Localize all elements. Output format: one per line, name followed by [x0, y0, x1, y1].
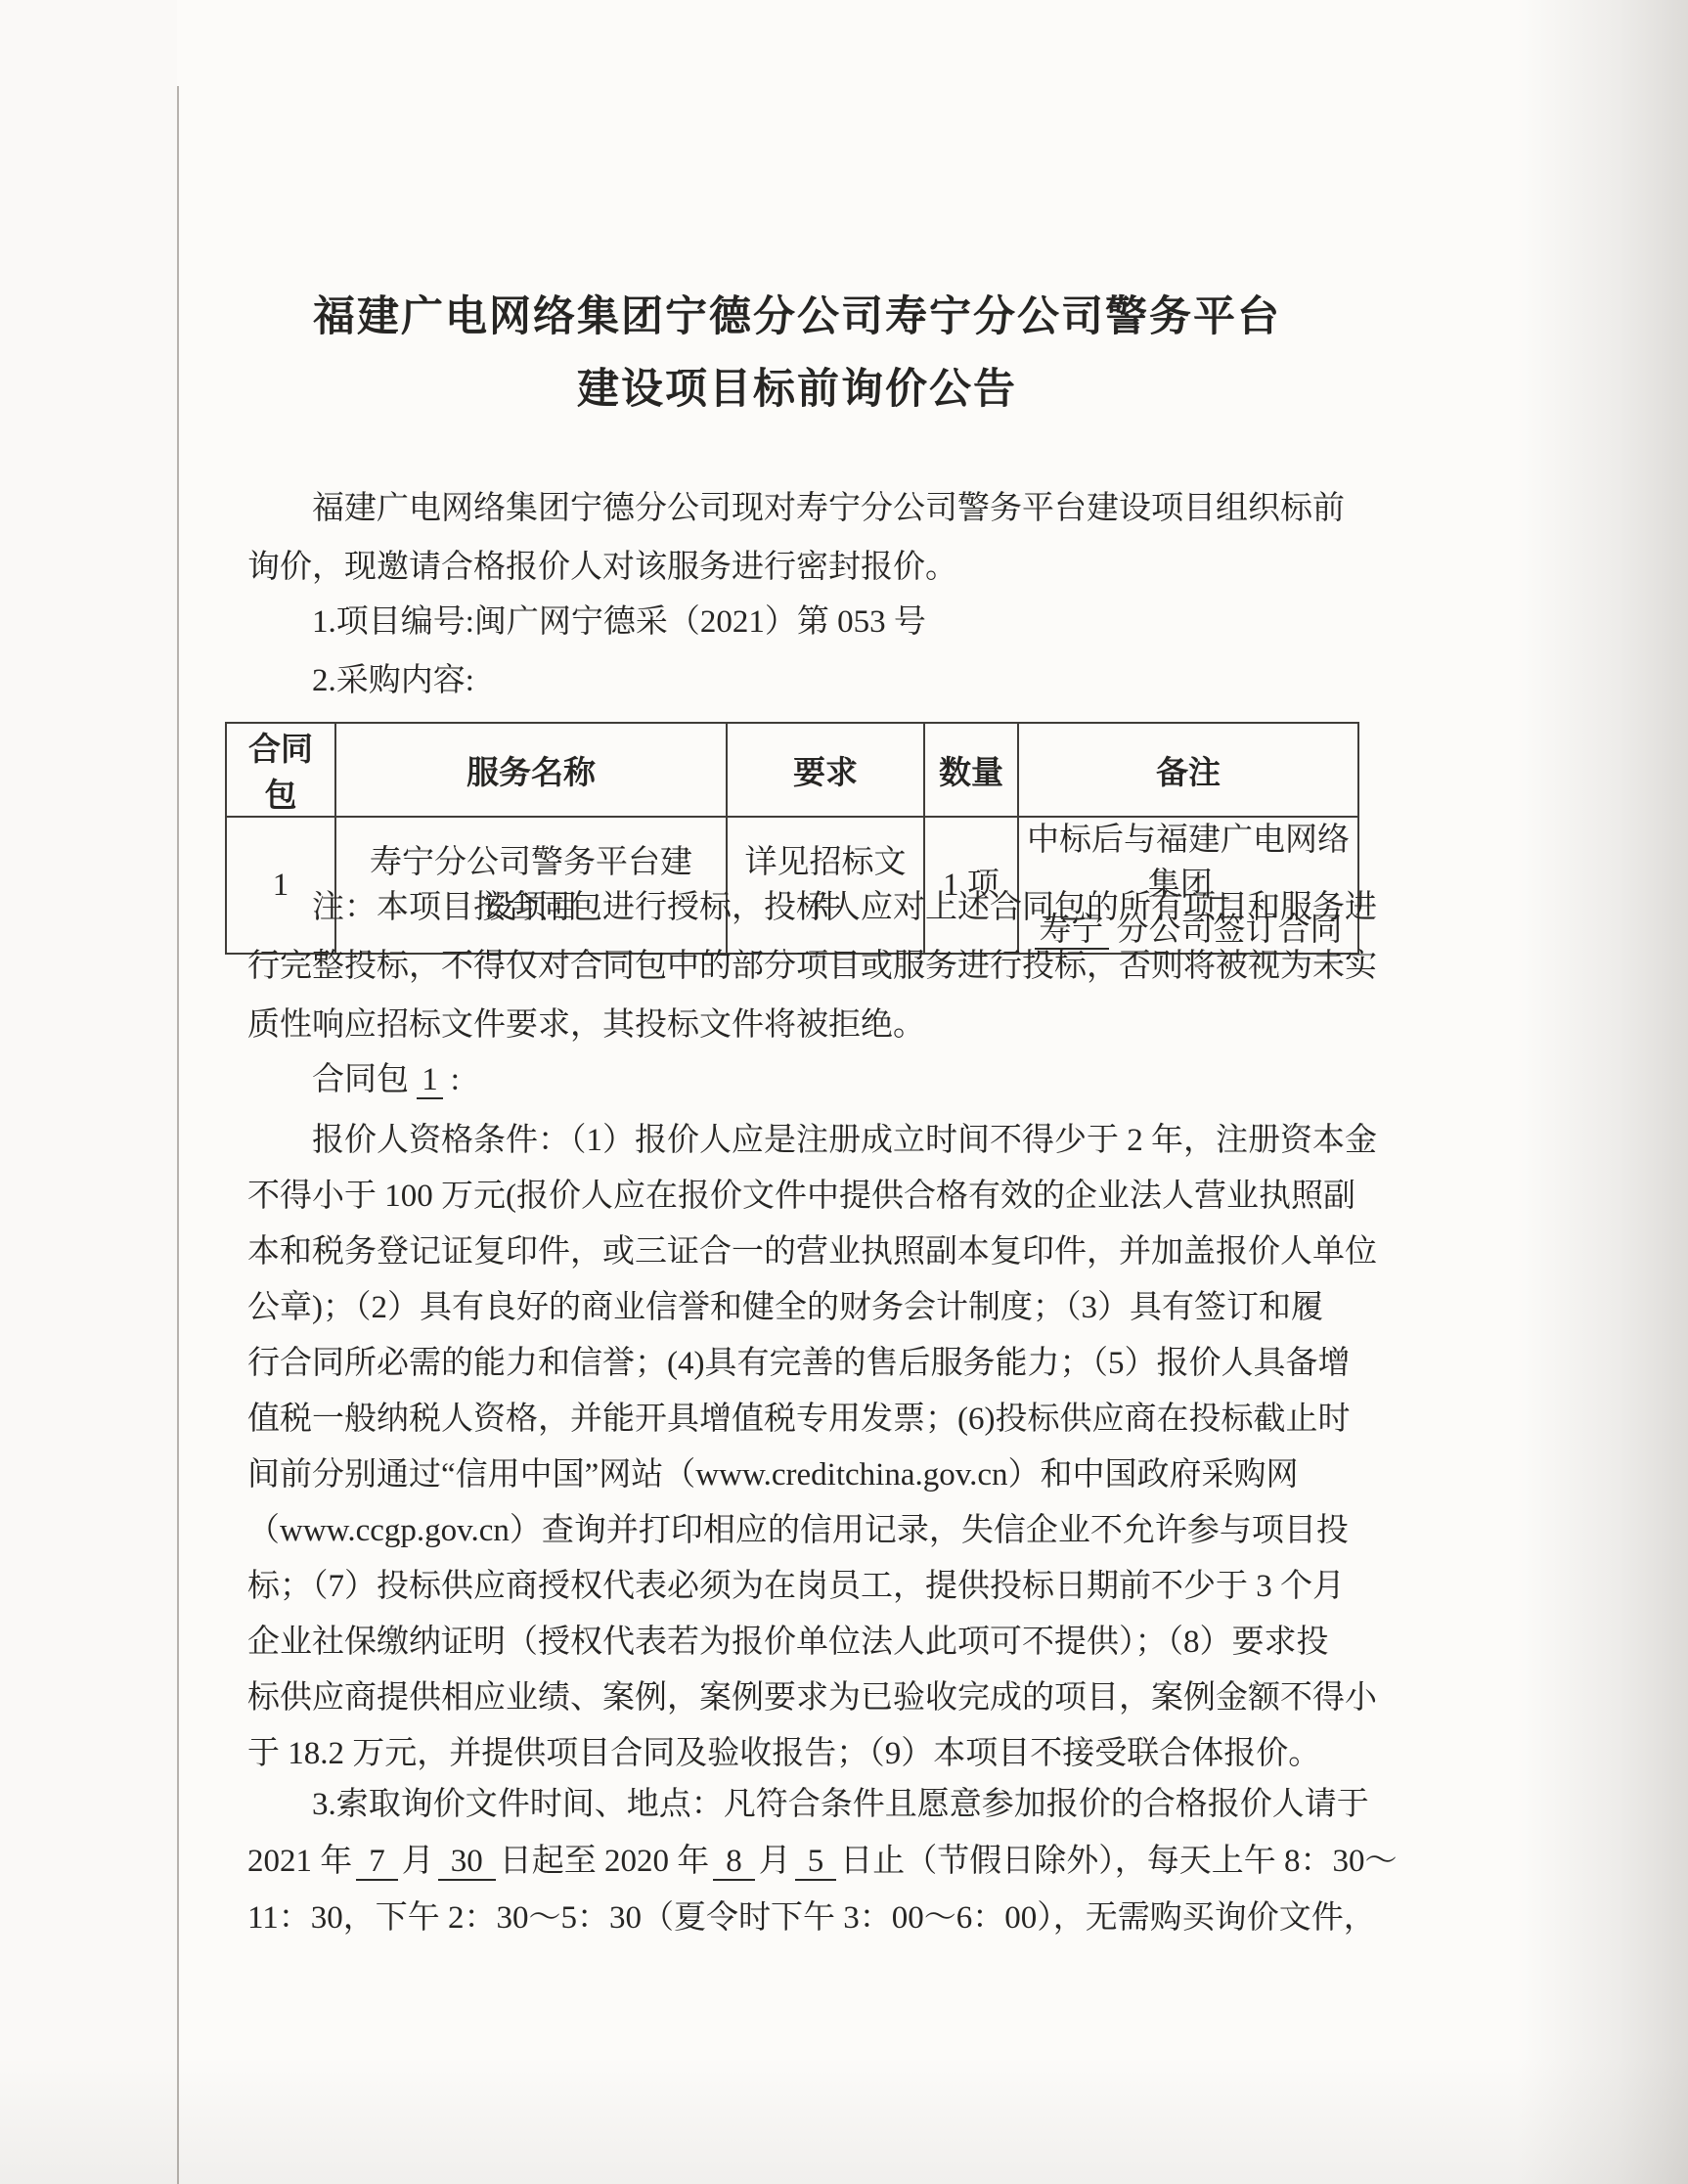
table-header-row: 合同包 服务名称 要求 数量 备注: [226, 723, 1358, 817]
section3-line-3: 11：30，下午 2：30～5：30（夏令时下午 3：00～6：00），无需购买…: [247, 1890, 1372, 1946]
package-heading-prefix: 合同包: [312, 1062, 417, 1097]
date-text-tail: 日止（节假日除外），每天上午 8：30～: [840, 1844, 1397, 1879]
section3-line-2: 2021 年7月30日起至 2020 年8月5日止（节假日除外），每天上午 8：…: [247, 1833, 1372, 1890]
intro-line-1: 福建广电网络集团宁德分公司现对寿宁分公司警务平台建设项目组织标前: [247, 479, 1372, 538]
note-paragraph: 注：本项目按合同包进行授标，投标人应对上述合同包的所有项目和服务进 行完整投标，…: [247, 878, 1372, 1054]
document-title-line2: 建设项目标前询价公告: [225, 354, 1369, 426]
qualification-line: 本和税务登记证复印件，或三证合一的营业执照副本复印件，并加盖报价人单位: [247, 1225, 1372, 1280]
package-heading-colon: :: [451, 1062, 460, 1097]
header-cell-quantity: 数量: [924, 723, 1018, 817]
note-line-1: 注：本项目按合同包进行授标，投标人应对上述合同包的所有项目和服务进: [247, 878, 1372, 937]
section3-paragraph: 3.索取询价文件时间、地点：凡符合条件且愿意参加报价的合格报价人请于 2021 …: [247, 1776, 1372, 1946]
qualification-line: 企业社保缴纳证明（授权代表若为报价单位法人此项可不提供）；（8）要求投: [247, 1615, 1372, 1671]
numbered-items: 1.项目编号:闽广网宁德采（2021）第 053 号 2.采购内容:: [247, 593, 1372, 710]
date-text-month-label1: 月: [402, 1844, 434, 1879]
qualification-line: 标供应商提供相应业绩、案例，案例要求为已验收完成的项目，案例金额不得小: [247, 1671, 1372, 1726]
project-number-line: 1.项目编号:闽广网宁德采（2021）第 053 号: [247, 593, 1372, 651]
date-text-middle: 日起至 2020 年: [500, 1844, 710, 1879]
note-line-2: 行完整投标，不得仅对合同包中的部分项目或服务进行投标，否则将被视为未实: [247, 937, 1372, 996]
qualification-line: 值税一般纳税人资格，并能开具增值税专用发票；(6)投标供应商在投标截止时: [247, 1392, 1372, 1448]
start-month-underlined: 7: [356, 1844, 398, 1881]
qualification-line: （www.ccgp.gov.cn）查询并打印相应的信用记录，失信企业不允许参与项…: [247, 1503, 1372, 1559]
qualification-line: 标；（7）投标供应商授权代表必须为在岗员工，提供投标日期前不少于 3 个月: [247, 1559, 1372, 1615]
qualification-line: 公章)；（2）具有良好的商业信誉和健全的财务会计制度；（3）具有签订和履: [247, 1280, 1372, 1336]
procurement-content-line: 2.采购内容:: [247, 651, 1372, 710]
intro-line-2: 询价，现邀请合格报价人对该服务进行密封报价。: [247, 538, 1372, 597]
date-text-month-label2: 月: [759, 1844, 791, 1879]
note-line-3: 质性响应招标文件要求，其投标文件将被拒绝。: [247, 996, 1372, 1054]
header-cell-service-name: 服务名称: [335, 723, 727, 817]
document-title: 福建广电网络集团宁德分公司寿宁分公司警务平台 建设项目标前询价公告: [225, 282, 1369, 426]
start-day-underlined: 30: [438, 1844, 496, 1881]
header-cell-package: 合同包: [226, 723, 335, 817]
header-cell-requirement: 要求: [727, 723, 924, 817]
package-heading-number: 1: [417, 1062, 443, 1099]
qualifications-paragraph: 报价人资格条件：（1）报价人应是注册成立时间不得少于 2 年，注册资本金 不得小…: [247, 1113, 1372, 1782]
end-month-underlined: 8: [713, 1844, 755, 1881]
intro-paragraph: 福建广电网络集团宁德分公司现对寿宁分公司警务平台建设项目组织标前 询价，现邀请合…: [247, 479, 1372, 597]
date-text-year-start: 2021 年: [247, 1844, 352, 1879]
document-content: 福建广电网络集团宁德分公司寿宁分公司警务平台 建设项目标前询价公告 福建广电网络…: [0, 0, 1688, 2184]
document-title-line1: 福建广电网络集团宁德分公司寿宁分公司警务平台: [225, 282, 1369, 354]
qualification-line: 报价人资格条件：（1）报价人应是注册成立时间不得少于 2 年，注册资本金: [247, 1113, 1372, 1169]
end-day-underlined: 5: [795, 1844, 837, 1881]
header-cell-remark: 备注: [1018, 723, 1358, 817]
section3-line-1: 3.索取询价文件时间、地点：凡符合条件且愿意参加报价的合格报价人请于: [247, 1776, 1372, 1833]
scanned-page: 福建广电网络集团宁德分公司寿宁分公司警务平台 建设项目标前询价公告 福建广电网络…: [0, 0, 1688, 2184]
qualification-line: 于 18.2 万元，并提供项目合同及验收报告；（9）本项目不接受联合体报价。: [247, 1726, 1372, 1782]
qualification-line: 行合同所必需的能力和信誉；(4)具有完善的售后服务能力；（5）报价人具备增: [247, 1336, 1372, 1392]
package-heading: 合同包 1:: [247, 1050, 1372, 1109]
qualification-line: 间前分别通过“信用中国”网站（www.creditchina.gov.cn）和中…: [247, 1448, 1372, 1503]
qualification-line: 不得小于 100 万元(报价人应在报价文件中提供合格有效的企业法人营业执照副: [247, 1169, 1372, 1225]
